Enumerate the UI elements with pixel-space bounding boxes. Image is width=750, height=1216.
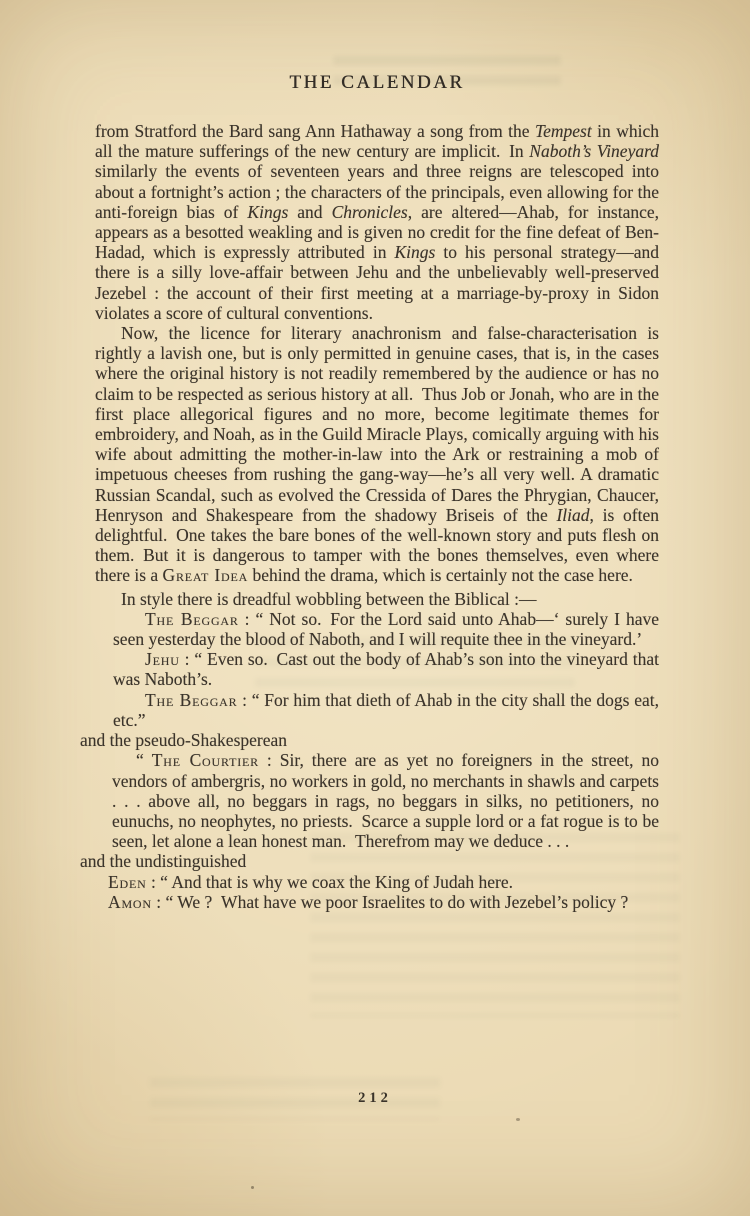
italic-run: Iliad <box>556 505 589 525</box>
italic-run: Kings <box>395 242 436 262</box>
smallcaps-run: The Beggar <box>145 690 237 710</box>
speech-beggar-1: The Beggar : “ Not so. For the Lord said… <box>113 609 659 649</box>
smallcaps-run: The Beggar <box>145 609 239 629</box>
smallcaps-run: The Courtier <box>152 750 259 770</box>
page-number: 212 <box>0 1090 750 1107</box>
paragraph-opening: from Stratford the Bard sang Ann Hathawa… <box>95 121 659 323</box>
speech-amon: Amon : “ We ? What have we poor Israelit… <box>86 892 659 912</box>
text-run: from Stratford the Bard sang Ann Hathawa… <box>95 121 535 141</box>
smallcaps-run: Amon <box>108 892 152 912</box>
text-run: and <box>288 202 331 222</box>
italic-run: Tempest <box>535 121 592 141</box>
speech-courtier: “ The Courtier : Sir, there are as yet n… <box>112 750 659 851</box>
text-run: : “ And that is why we coax the King of … <box>147 872 513 892</box>
italic-run: Naboth’s Vineyard <box>529 141 659 161</box>
page-body: from Stratford the Bard sang Ann Hathawa… <box>95 121 659 912</box>
text-run: behind the drama, which is certainly not… <box>248 565 633 585</box>
text-run: “ <box>136 750 152 770</box>
paper-speck <box>516 1118 520 1121</box>
italic-run: Chronicles <box>332 202 408 222</box>
speech-beggar-2: The Beggar : “ For him that dieth of Aha… <box>113 690 659 730</box>
text-run: : “ Even so. Cast out the body of Ahab’s… <box>113 649 659 689</box>
text-run: Now, the licence for literary anachronis… <box>95 323 659 525</box>
italic-run: Kings <box>247 202 288 222</box>
smallcaps-run: Great Idea <box>163 565 249 585</box>
page-title: THE CALENDAR <box>95 72 659 94</box>
text-run: In style there is dreadful wobbling betw… <box>121 589 537 609</box>
text-run: and the undistinguished <box>80 851 246 871</box>
book-page: THE CALENDAR from Stratford the Bard san… <box>0 0 750 1216</box>
paragraph-style-intro: In style there is dreadful wobbling betw… <box>95 589 659 609</box>
smallcaps-run: Eden <box>108 872 147 892</box>
text-column: THE CALENDAR from Stratford the Bard san… <box>95 0 659 912</box>
connector-shakesperean: and the pseudo-Shakesperean <box>80 730 659 750</box>
text-run: and the pseudo-Shakesperean <box>80 730 287 750</box>
speech-eden: Eden : “ And that is why we coax the Kin… <box>86 872 659 892</box>
paper-speck <box>251 1186 254 1189</box>
connector-undistinguished: and the undistinguished <box>80 851 659 871</box>
paragraph-anachronism: Now, the licence for literary anachronis… <box>95 323 659 586</box>
text-run: : “ We ? What have we poor Israelites to… <box>152 892 628 912</box>
speech-jehu: Jehu : “ Even so. Cast out the body of A… <box>113 649 659 689</box>
smallcaps-run: Jehu <box>145 649 180 669</box>
